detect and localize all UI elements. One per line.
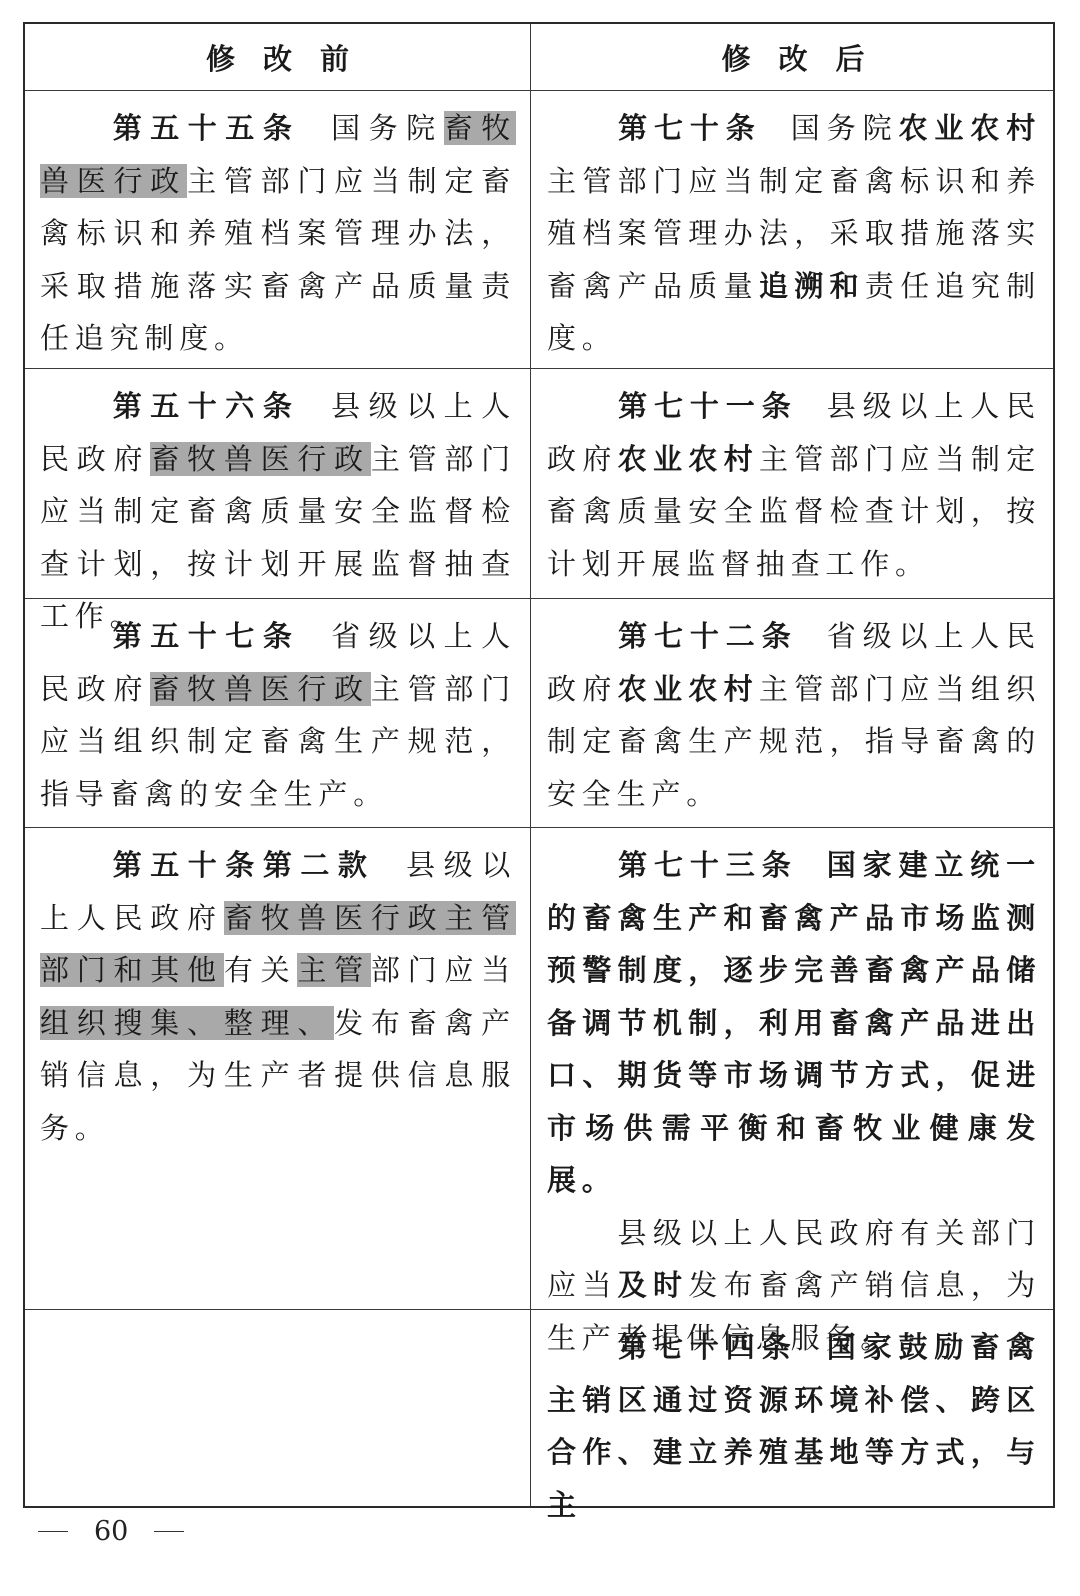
dash-left <box>38 1531 68 1532</box>
header-after-label: 修改后 <box>721 37 892 78</box>
article-text: 第五十条第二款县级以上人民政府畜牧兽医行政主管部门和其他有关主管部门应当组织搜集… <box>25 828 530 1154</box>
table-row: 第五十条第二款县级以上人民政府畜牧兽医行政主管部门和其他有关主管部门应当组织搜集… <box>25 828 1053 1310</box>
highlighted-deletion: 组织搜集、整理、 <box>40 1006 334 1040</box>
dash-right <box>154 1531 184 1532</box>
cell-after: 第七十条国务院农业农村主管部门应当制定畜禽标识和养殖档案管理办法，采取措施落实畜… <box>531 91 1055 368</box>
article-text: 第五十七条省级以上人民政府畜牧兽医行政主管部门应当组织制定畜禽生产规范，指导畜禽… <box>25 599 530 820</box>
cell-after: 第七十二条省级以上人民政府农业农村主管部门应当组织制定畜禽生产规范，指导畜禽的安… <box>531 599 1055 827</box>
article-number: 第七十条 <box>617 111 762 145</box>
article-number: 第五十条第二款 <box>110 848 375 882</box>
highlighted-deletion: 畜牧兽医行政 <box>150 672 371 706</box>
comparison-table: 修改前 修改后 第五十五条国务院畜牧兽医行政主管部门应当制定畜禽标识和养殖档案管… <box>23 22 1055 1508</box>
text-segment: 部门应当 <box>371 953 516 987</box>
article-number: 第七十三条 <box>617 848 798 882</box>
cell-after: 第七十一条县级以上人民政府农业农村主管部门应当制定畜禽质量安全监督检查计划，按计… <box>531 369 1055 598</box>
article-text: 第五十五条国务院畜牧兽医行政主管部门应当制定畜禽标识和养殖档案管理办法，采取措施… <box>25 91 530 365</box>
cell-after: 第七十四条国家鼓励畜禽主销区通过资源环境补偿、跨区合作、建立养殖基地等方式，与主 <box>531 1310 1055 1506</box>
highlighted-deletion: 畜牧兽医行政 <box>150 442 371 476</box>
article-number: 第五十六条 <box>110 389 300 423</box>
bold-addition: 及时 <box>618 1268 689 1302</box>
article-text: 第七十一条县级以上人民政府农业农村主管部门应当制定畜禽质量安全监督检查计划，按计… <box>531 369 1055 590</box>
text-segment: 国务院 <box>328 111 443 145</box>
article-text: 第七十二条省级以上人民政府农业农村主管部门应当组织制定畜禽生产规范，指导畜禽的安… <box>531 599 1055 820</box>
article-text: 第七十三条国家建立统一的畜禽生产和畜禽产品市场监测预警制度，逐步完善畜禽产品储备… <box>531 828 1055 1207</box>
article-number: 第七十二条 <box>617 619 798 653</box>
header-after: 修改后 <box>531 24 1055 90</box>
header-before: 修改前 <box>25 24 531 90</box>
table-header-row: 修改前 修改后 <box>25 24 1053 91</box>
article-text: 第七十条国务院农业农村主管部门应当制定畜禽标识和养殖档案管理办法，采取措施落实畜… <box>531 91 1055 365</box>
page-number: 60 <box>94 1516 128 1547</box>
table-row: 第五十七条省级以上人民政府畜牧兽医行政主管部门应当组织制定畜禽生产规范，指导畜禽… <box>25 599 1053 828</box>
cell-before: 第五十七条省级以上人民政府畜牧兽医行政主管部门应当组织制定畜禽生产规范，指导畜禽… <box>25 599 531 827</box>
bold-addition: 追溯和 <box>759 269 865 303</box>
article-number: 第七十四条 <box>617 1330 798 1364</box>
table-row: 第七十四条国家鼓励畜禽主销区通过资源环境补偿、跨区合作、建立养殖基地等方式，与主 <box>25 1310 1053 1506</box>
cell-before-empty <box>25 1310 531 1506</box>
bold-addition: 农业农村 <box>618 672 759 706</box>
cell-after: 第七十三条国家建立统一的畜禽生产和畜禽产品市场监测预警制度，逐步完善畜禽产品储备… <box>531 828 1055 1309</box>
bold-addition: 农业农村 <box>618 442 759 476</box>
text-segment: 有关 <box>224 953 298 987</box>
cell-before: 第五十条第二款县级以上人民政府畜牧兽医行政主管部门和其他有关主管部门应当组织搜集… <box>25 828 531 1309</box>
table-row: 第五十六条县级以上人民政府畜牧兽医行政主管部门应当制定畜禽质量安全监督检查计划，… <box>25 369 1053 599</box>
bold-addition: 国家建立统一的畜禽生产和畜禽产品市场监测预警制度，逐步完善畜禽产品储备调节机制，… <box>547 848 1041 1197</box>
page-footer: 60 <box>38 1516 184 1547</box>
cell-before: 第五十六条县级以上人民政府畜牧兽医行政主管部门应当制定畜禽质量安全监督检查计划，… <box>25 369 531 598</box>
article-number: 第五十七条 <box>110 619 300 653</box>
highlighted-deletion: 主管 <box>297 953 371 987</box>
table-row: 第五十五条国务院畜牧兽医行政主管部门应当制定畜禽标识和养殖档案管理办法，采取措施… <box>25 91 1053 369</box>
text-segment: 国务院 <box>790 111 899 145</box>
cell-before: 第五十五条国务院畜牧兽医行政主管部门应当制定畜禽标识和养殖档案管理办法，采取措施… <box>25 91 531 368</box>
header-before-label: 修改前 <box>206 37 377 78</box>
article-text: 第七十四条国家鼓励畜禽主销区通过资源环境补偿、跨区合作、建立养殖基地等方式，与主 <box>531 1310 1055 1531</box>
article-number: 第七十一条 <box>617 389 798 423</box>
article-number: 第五十五条 <box>110 111 300 145</box>
bold-addition: 农业农村 <box>899 111 1042 145</box>
